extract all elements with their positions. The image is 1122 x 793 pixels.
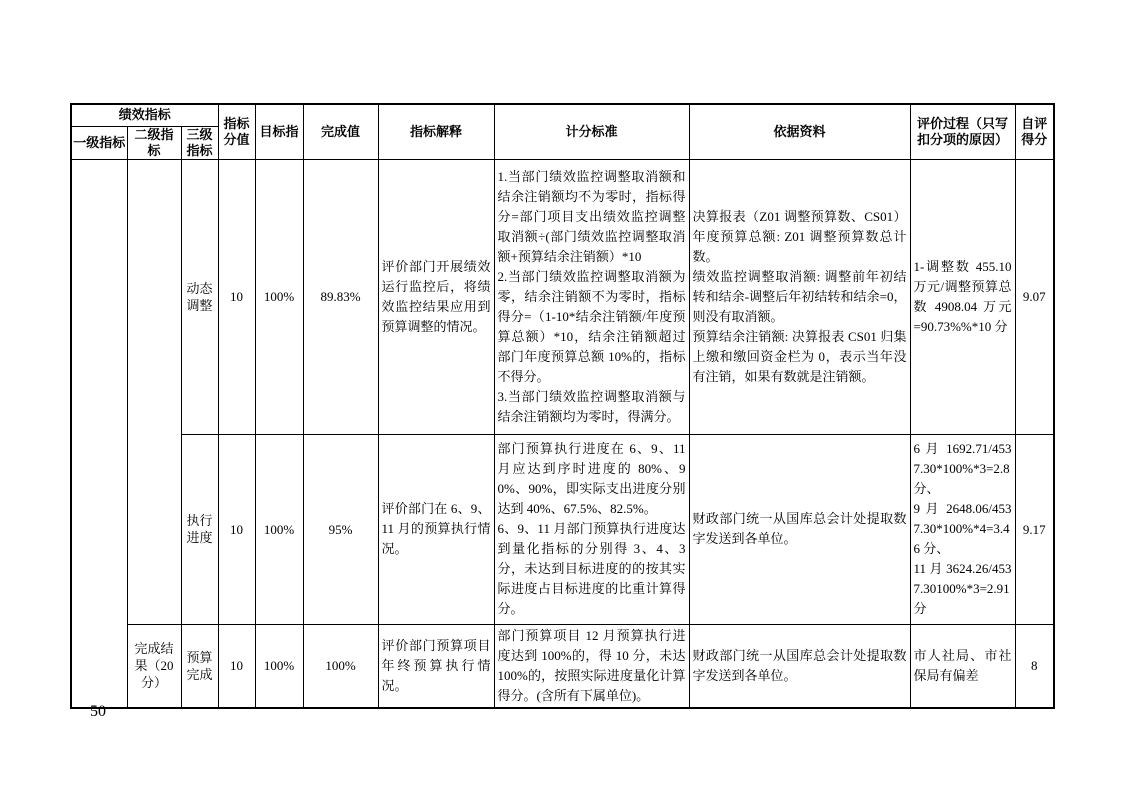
header-indicator-explanation: 指标解释 bbox=[378, 104, 494, 159]
cell-self-score: 8 bbox=[1015, 624, 1054, 708]
header-target-value: 目标指 bbox=[255, 104, 303, 159]
header-level3-indicator: 三级指标 bbox=[181, 126, 218, 159]
header-evaluation-process: 评价过程（只写扣分项的原因） bbox=[910, 104, 1015, 159]
cell-evaluation-process: 市人社局、市社保局有偏差 bbox=[910, 624, 1015, 708]
table-row-budget-completion: 完成结果（20分） 预算完成 10 100% 100% 评价部门预算项目年终预算… bbox=[71, 624, 1054, 708]
cell-level1-indicator bbox=[71, 159, 127, 708]
cell-scoring-standard: 部门预算执行进度在 6、9、11 月应达到序时进度的 80%、90%、90%，即… bbox=[494, 434, 689, 624]
cell-target: 100% bbox=[255, 159, 303, 434]
cell-completion: 89.83% bbox=[303, 159, 378, 434]
header-completion-value: 完成值 bbox=[303, 104, 378, 159]
cell-self-score: 9.17 bbox=[1015, 434, 1054, 624]
cell-level2-indicator-upper bbox=[127, 159, 181, 624]
header-row-group: 绩效指标 指标分值 目标指 完成值 指标解释 计分标准 依据资料 评价过程（只写… bbox=[71, 104, 1054, 126]
cell-scoring-standard: 部门预算项目 12 月预算执行进度达到 100%的，得 10 分，未达 100%… bbox=[494, 624, 689, 708]
table-row-execution-progress: 执行进度 10 100% 95% 评价部门在 6、9、11 月的预算执行情况。 … bbox=[71, 434, 1054, 624]
document-page: 绩效指标 指标分值 目标指 完成值 指标解释 计分标准 依据资料 评价过程（只写… bbox=[0, 0, 1122, 793]
cell-scoring-standard: 1.当部门绩效监控调整取消额和结余注销额均不为零时，指标得分=部门项目支出绩效监… bbox=[494, 159, 689, 434]
cell-evaluation-process: 6 月 1692.71/4537.30*100%*3=2.8 分、 9 月 26… bbox=[910, 434, 1015, 624]
cell-level2-completion-result: 完成结果（20分） bbox=[127, 624, 181, 708]
cell-explanation: 评价部门在 6、9、11 月的预算执行情况。 bbox=[378, 434, 494, 624]
cell-level3-execution-progress: 执行进度 bbox=[181, 434, 218, 624]
cell-self-score: 9.07 bbox=[1015, 159, 1054, 434]
cell-target: 100% bbox=[255, 624, 303, 708]
cell-explanation: 评价部门开展绩效运行监控后，将绩效监控结果应用到预算调整的情况。 bbox=[378, 159, 494, 434]
cell-weight: 10 bbox=[218, 434, 255, 624]
cell-completion: 100% bbox=[303, 624, 378, 708]
header-performance-group: 绩效指标 bbox=[71, 104, 218, 126]
header-basis-material: 依据资料 bbox=[689, 104, 910, 159]
cell-level3-budget-completion: 预算完成 bbox=[181, 624, 218, 708]
page-number: 50 bbox=[90, 703, 106, 721]
cell-basis-material: 决算报表（Z01 调整预算数、CS01）年度预算总额: Z01 调整预算数总计数… bbox=[689, 159, 910, 434]
header-score-weight: 指标分值 bbox=[218, 104, 255, 159]
cell-weight: 10 bbox=[218, 159, 255, 434]
cell-weight: 10 bbox=[218, 624, 255, 708]
header-self-score: 自评得分 bbox=[1015, 104, 1054, 159]
cell-target: 100% bbox=[255, 434, 303, 624]
cell-level3-dynamic-adjustment: 动态调整 bbox=[181, 159, 218, 434]
table-row-dynamic-adjustment: 动态调整 10 100% 89.83% 评价部门开展绩效运行监控后，将绩效监控结… bbox=[71, 159, 1054, 434]
cell-basis-material: 财政部门统一从国库总会计处提取数字发送到各单位。 bbox=[689, 434, 910, 624]
header-level1-indicator: 一级指标 bbox=[71, 126, 127, 159]
header-scoring-standard: 计分标准 bbox=[494, 104, 689, 159]
cell-evaluation-process: 1-调整数 455.10 万元/调整预算总数 4908.04 万元 =90.73… bbox=[910, 159, 1015, 434]
header-level2-indicator: 二级指标 bbox=[127, 126, 181, 159]
cell-completion: 95% bbox=[303, 434, 378, 624]
performance-indicator-table: 绩效指标 指标分值 目标指 完成值 指标解释 计分标准 依据资料 评价过程（只写… bbox=[70, 103, 1055, 709]
cell-basis-material: 财政部门统一从国库总会计处提取数字发送到各单位。 bbox=[689, 624, 910, 708]
cell-explanation: 评价部门预算项目年终预算执行情况。 bbox=[378, 624, 494, 708]
